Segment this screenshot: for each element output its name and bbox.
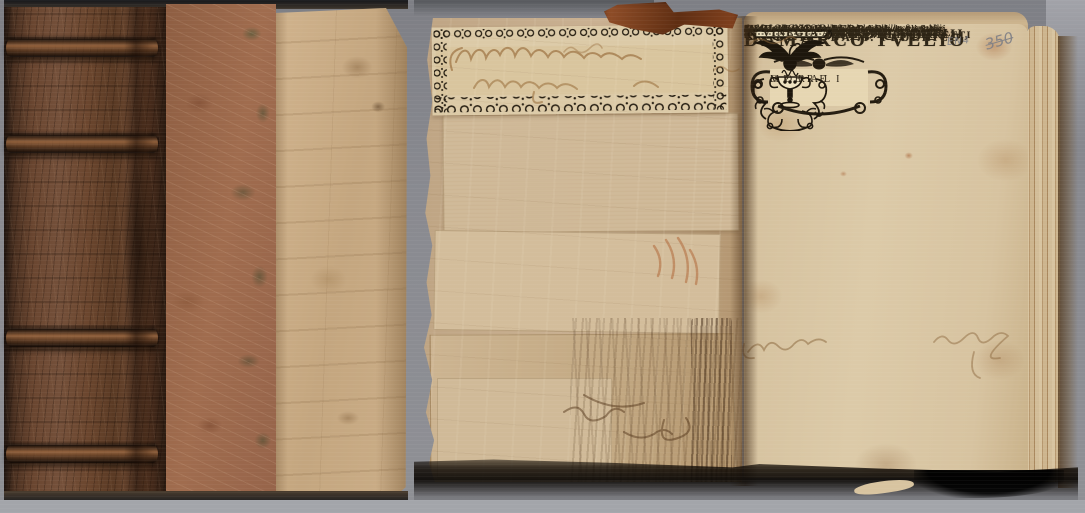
vellum-shading <box>276 8 407 502</box>
book-spine <box>4 7 166 493</box>
cartouche-line-2: MORALI <box>770 73 845 87</box>
antique-book-photo-composite: EN4 350 <box>0 0 1085 513</box>
paper-repair-patch <box>430 333 736 481</box>
cover-edge-shadow <box>1058 36 1078 488</box>
backdrop-bottom-strip <box>0 500 1085 513</box>
paper-repair-patch <box>433 230 721 334</box>
cartouche-text: OPERE MORALI <box>770 69 868 105</box>
spine-hinge-shadow <box>124 7 154 493</box>
marbled-leather-board <box>166 4 276 500</box>
paper-repair-patch <box>443 113 740 234</box>
title-page-text-block: OPERE MORALI DI MARCO TVLLIO CICERONE: C… <box>744 24 1028 478</box>
closed-book-photo <box>4 0 408 513</box>
left-endpaper-page <box>424 18 742 482</box>
imprint-date-line: M D L X I I I. <box>744 24 862 35</box>
vellum-cover-panel <box>276 8 407 502</box>
fore-edge-page-stack <box>1026 26 1060 482</box>
woodcut-lace-border-frame <box>432 24 729 115</box>
shelf-code-annotation: EN4 <box>946 35 970 48</box>
gutter-shadow <box>730 16 758 486</box>
lace-border-ornament <box>432 24 729 115</box>
open-book-photo: EN4 350 <box>414 0 1078 513</box>
title-page: EN4 350 <box>744 24 1028 478</box>
ink-streaks <box>691 318 732 490</box>
